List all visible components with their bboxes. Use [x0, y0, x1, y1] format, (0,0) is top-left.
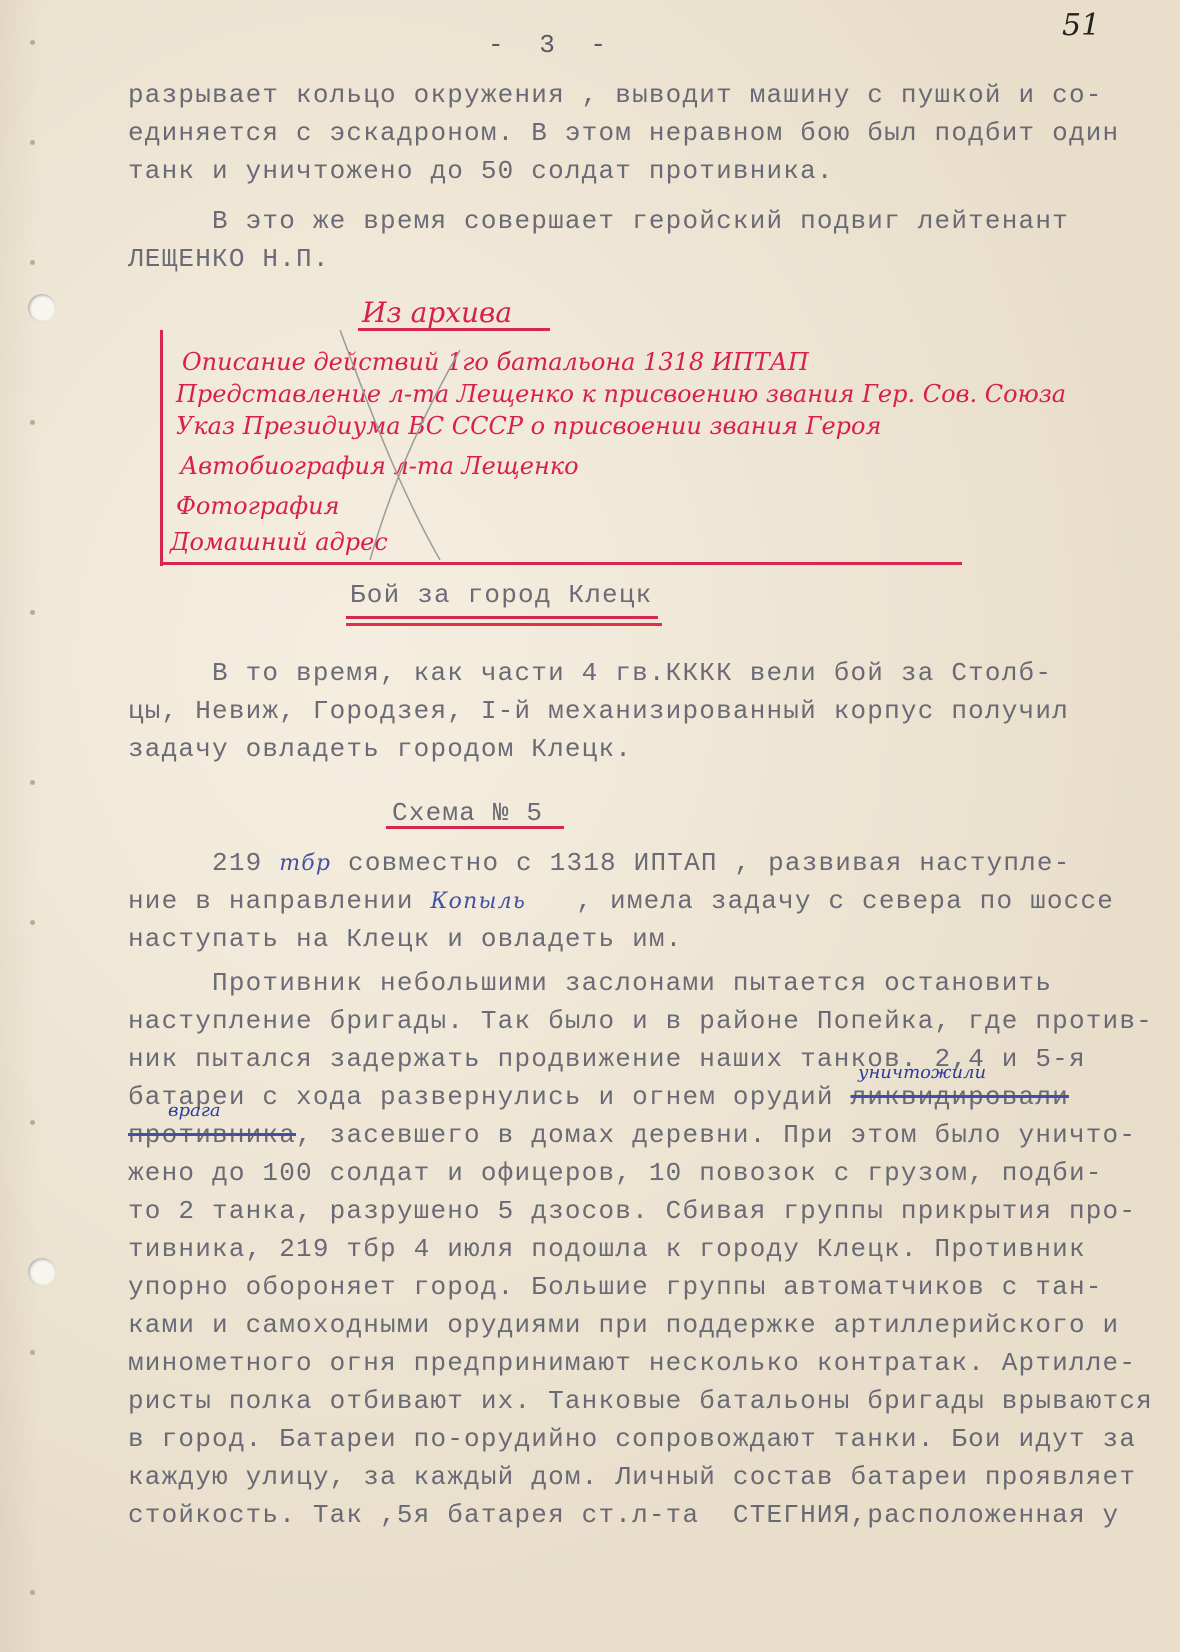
edge-dot: [30, 610, 35, 615]
archive-note-title: Из архива: [362, 296, 512, 329]
edge-dot: [30, 260, 35, 265]
handwritten-correction: врага: [168, 1100, 221, 1121]
text-line: ЛЕЩЕНКО Н.П.: [128, 244, 330, 274]
pencil-cross-mark: [330, 330, 470, 570]
struck-word: противника: [128, 1120, 296, 1150]
text-line: цы, Невиж, Городзея, I-й механизированны…: [128, 696, 1069, 726]
edge-dot: [30, 140, 35, 145]
text-line: жено до 100 солдат и офицеров, 10 повозо…: [128, 1158, 1103, 1188]
archive-note-item: Представление л-та Лещенко к присвоению …: [176, 380, 1066, 408]
text-line: то 2 танка, разрушено 5 дзосов. Сбивая г…: [128, 1196, 1136, 1226]
handwritten-insert: Копыль: [430, 889, 526, 914]
edge-dot: [30, 920, 35, 925]
text-line: ками и самоходными орудиями при поддержк…: [128, 1310, 1119, 1340]
text-line: ристы полка отбивают их. Танковые баталь…: [128, 1386, 1153, 1416]
archive-note-item: Описание действий 1го батальона 1318 ИПТ…: [182, 348, 809, 376]
heading-underline: [346, 616, 658, 619]
punch-hole-top: [28, 294, 56, 322]
punch-hole-bottom: [28, 1258, 56, 1286]
handwritten-insert: тбр: [279, 851, 331, 876]
handwritten-correction: уничтожили: [858, 1062, 986, 1083]
scheme-underline: [386, 826, 564, 829]
archive-note-item: Фотография: [176, 492, 340, 520]
text-line: каждую улицу, за каждый дом. Личный сост…: [128, 1462, 1136, 1492]
page-edge-perforation: [20, 0, 40, 1652]
text-line: задачу овладеть городом Клецк.: [128, 734, 632, 764]
text-line: единяется с эскадроном. В этом неравном …: [128, 118, 1119, 148]
edge-dot: [30, 1350, 35, 1355]
text-line: танк и уничтожено до 50 солдат противник…: [128, 156, 834, 186]
note-bottom-line: [162, 562, 962, 565]
edge-dot: [30, 420, 35, 425]
text-line: противника, засевшего в домах деревни. П…: [128, 1120, 1136, 1150]
text-line: минометного огня предпринимают несколько…: [128, 1348, 1136, 1378]
text-line: тивника, 219 тбр 4 июля подошла к городу…: [128, 1234, 1086, 1264]
text-line: батареи с хода развернулись и огнем оруд…: [128, 1082, 1069, 1112]
scheme-heading: Схема № 5: [392, 798, 543, 828]
text-line: разрывает кольцо окружения , выводит маш…: [128, 80, 1103, 110]
archive-folio-number: 51: [1062, 8, 1100, 43]
text-line: В то время, как части 4 гв.КККК вели бой…: [128, 658, 1052, 688]
text-line: ние в направлении Копыль , имела задачу …: [128, 886, 1114, 916]
heading-underline-double: [346, 623, 662, 626]
text-line: наступление бригады. Так было и в районе…: [128, 1006, 1153, 1036]
edge-dot: [30, 1120, 35, 1125]
document-page: 51 - 3 - разрывает кольцо окружения , вы…: [0, 0, 1180, 1652]
text-line: в город. Батареи по-орудийно сопровождаю…: [128, 1424, 1136, 1454]
note-left-bracket: [160, 330, 163, 566]
archive-note-item: Указ Президиума ВС СССР о присвоении зва…: [176, 412, 881, 440]
section-heading: Бой за город Клецк: [350, 580, 652, 610]
text-line: стойкость. Так ,5я батарея ст.л-та СТЕГН…: [128, 1500, 1119, 1530]
struck-word: ликвидировали: [851, 1082, 1069, 1112]
text-line: наступать на Клецк и овладеть им.: [128, 924, 682, 954]
edge-dot: [30, 1590, 35, 1595]
page-number: - 3 -: [488, 30, 616, 60]
text-line: В это же время совершает геройский подви…: [128, 206, 1069, 236]
edge-dot: [30, 40, 35, 45]
edge-dot: [30, 780, 35, 785]
text-line: 219 тбр совместно с 1318 ИПТАП , развива…: [128, 848, 1071, 878]
text-line: Противник небольшими заслонами пытается …: [128, 968, 1052, 998]
text-line: упорно обороняет город. Большие группы а…: [128, 1272, 1103, 1302]
